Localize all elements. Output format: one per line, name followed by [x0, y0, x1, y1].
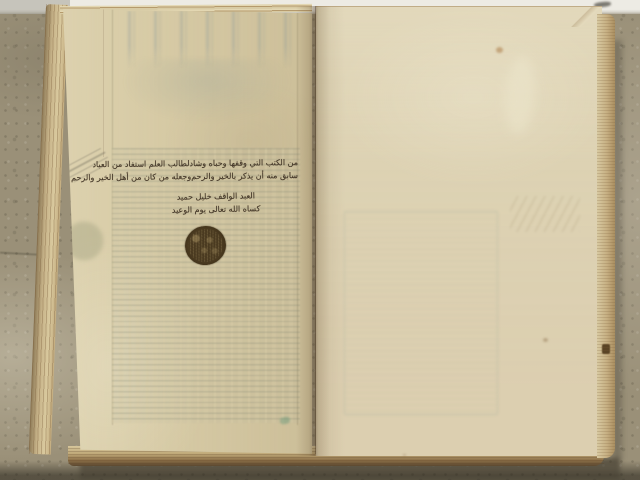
waqf-verse-line-2: سابق منه أن يذكر بالخير والرحم وجعله من …	[112, 170, 298, 184]
headpiece-showthrough-blob	[122, 59, 292, 123]
waqf-verse-line-1: من الكتب التي وقفها وحباه وشاد لطالب الع…	[112, 157, 298, 171]
verse-2-second-hemistich: وجعله من كان من أهل الخير والرحم	[71, 171, 191, 184]
verse-1-first-hemistich: من الكتب التي وقفها وحباه وشاد	[189, 157, 298, 170]
page-crease	[103, 7, 104, 157]
verse-2-first-hemistich: سابق منه أن يذكر بالخير والرحم	[191, 170, 298, 183]
fore-edge	[597, 14, 615, 458]
waqf-signature-line-2: كساه الله تعالى يوم الوعيد	[168, 203, 264, 217]
foxing-spot	[496, 47, 503, 53]
right-page	[316, 6, 602, 456]
verso-frame-showthrough	[344, 211, 498, 415]
verse-1-second-hemistich: لطالب العلم استفاد من العباد	[92, 158, 189, 171]
left-page: من الكتب التي وقفها وحباه وشاد لطالب الع…	[56, 6, 312, 456]
waqf-signature: العبد الواقف خليل حميد كساه الله تعالى ي…	[168, 190, 264, 217]
verso-textblock-showthrough	[112, 148, 300, 423]
waqf-signature-line-1: العبد الواقف خليل حميد	[168, 190, 264, 204]
manuscript-photo: من الكتب التي وقفها وحباه وشاد لطالب الع…	[0, 0, 640, 480]
paper-wrinkle-highlight	[502, 55, 537, 135]
fore-edge-notch	[602, 344, 610, 354]
paper-wrinkle-lines	[510, 196, 580, 232]
gutter-fold-line	[315, 6, 316, 454]
catchword-showthrough	[279, 416, 290, 425]
